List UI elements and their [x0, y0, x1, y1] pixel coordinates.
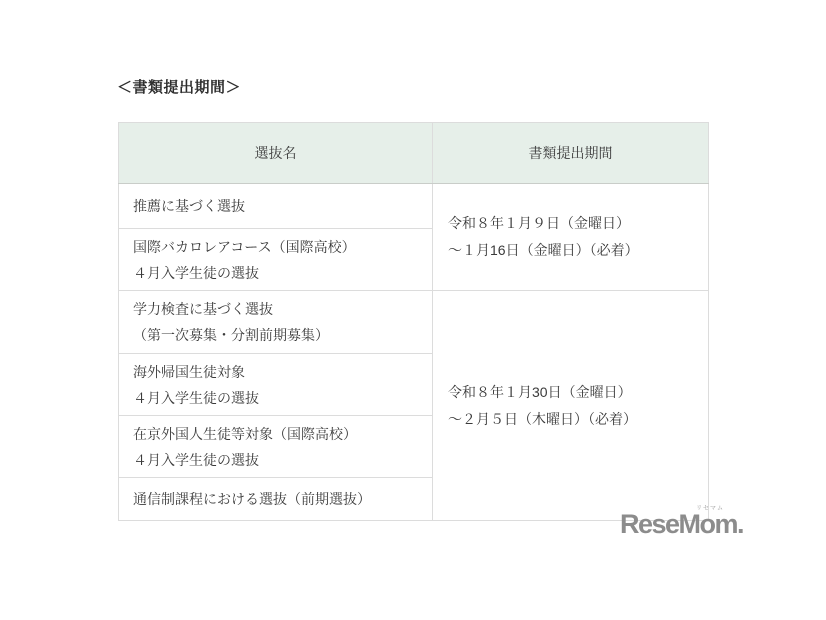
cell-text-line: 海外帰国生徒対象 — [133, 359, 422, 385]
cell-text-line: 学力検査に基づく選抜 — [133, 296, 422, 322]
column-header-selection-name: 選抜名 — [119, 123, 433, 184]
resemom-logo-text: ReseMom. — [620, 509, 743, 540]
selection-cell: 推薦に基づく選抜 — [119, 184, 433, 229]
cell-text-line: 国際バカロレアコース（国際高校） — [133, 234, 422, 260]
cell-text-line: ４月入学生徒の選抜 — [133, 447, 422, 473]
cell-text-line: 通信制課程における選抜（前期選抜） — [133, 486, 422, 512]
period-cell: 令和８年１月９日（金曜日） ～１月16日（金曜日）（必着） — [433, 184, 709, 291]
cell-text-line: ～２月５日（木曜日）（必着） — [448, 406, 698, 433]
resemom-watermark-logo: リセマム ReseMom. — [620, 503, 760, 551]
table-row: 推薦に基づく選抜 令和８年１月９日（金曜日） ～１月16日（金曜日）（必着） — [119, 184, 709, 229]
cell-text-line: ～１月16日（金曜日）（必着） — [448, 237, 698, 264]
table-row: 学力検査に基づく選抜 （第一次募集・分割前期募集） 令和８年１月30日（金曜日）… — [119, 291, 709, 354]
submission-period-table: 選抜名 書類提出期間 推薦に基づく選抜 令和８年１月９日（金曜日） ～１月16日… — [118, 122, 709, 521]
page-title: ＜書類提出期間＞ — [117, 76, 241, 97]
cell-text-line: 令和８年１月９日（金曜日） — [448, 210, 698, 237]
cell-text-line: ４月入学生徒の選抜 — [133, 260, 422, 286]
selection-cell: 在京外国人生徒等対象（国際高校） ４月入学生徒の選抜 — [119, 416, 433, 478]
selection-cell: 国際バカロレアコース（国際高校） ４月入学生徒の選抜 — [119, 229, 433, 291]
cell-text-line: （第一次募集・分割前期募集） — [133, 322, 422, 348]
selection-cell: 海外帰国生徒対象 ４月入学生徒の選抜 — [119, 354, 433, 416]
selection-cell: 学力検査に基づく選抜 （第一次募集・分割前期募集） — [119, 291, 433, 354]
table-header-row: 選抜名 書類提出期間 — [119, 123, 709, 184]
selection-cell: 通信制課程における選抜（前期選抜） — [119, 478, 433, 521]
cell-text-line: 令和８年１月30日（金曜日） — [448, 379, 698, 406]
cell-text-line: 在京外国人生徒等対象（国際高校） — [133, 421, 422, 447]
period-cell: 令和８年１月30日（金曜日） ～２月５日（木曜日）（必着） — [433, 291, 709, 521]
column-header-submission-period: 書類提出期間 — [433, 123, 709, 184]
article-image: ＜書類提出期間＞ 選抜名 書類提出期間 推薦に基づく選抜 令和８年１月９日（金曜… — [0, 0, 826, 620]
cell-text-line: ４月入学生徒の選抜 — [133, 385, 422, 411]
cell-text-line: 推薦に基づく選抜 — [133, 193, 422, 219]
